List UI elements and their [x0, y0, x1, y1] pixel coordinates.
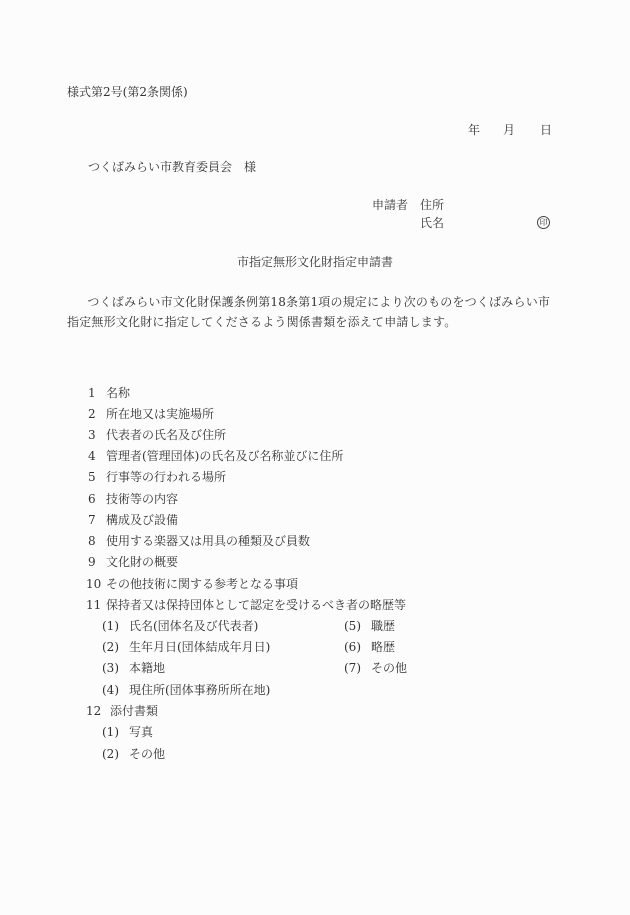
- list-item: 11保持者又は保持団体として認定を受けるべき者の略歴等: [86, 599, 406, 619]
- list-item: 5行事等の行われる場所: [88, 471, 226, 491]
- sub-item: (1)氏名(団体名及び代表者): [102, 620, 258, 632]
- list-item: 6技術等の内容: [88, 493, 178, 513]
- list-item: 12添付書類: [86, 705, 158, 725]
- applicant-name-label: 氏名: [420, 217, 444, 229]
- addressee-honorific: 様: [244, 160, 256, 174]
- list-item: 8使用する楽器又は用具の種類及び員数: [88, 535, 310, 555]
- list-item: 2所在地又は実施場所: [88, 408, 214, 428]
- list-item: 4管理者(管理団体)の氏名及び名称並びに住所: [88, 450, 343, 470]
- list-item: 1名称: [88, 387, 130, 407]
- seal-icon: 印: [537, 216, 550, 229]
- sub-item: (2)その他: [102, 748, 165, 760]
- sub-item: (7)その他: [344, 662, 407, 674]
- sub-item: (1)写真: [102, 726, 153, 738]
- applicant-label: 申請者: [372, 199, 408, 211]
- date-month-label: 月: [503, 124, 515, 136]
- sub-item: (2)生年月日(団体結成年月日): [102, 641, 270, 653]
- addressee: つくばみらい市教育委員会様: [88, 161, 256, 173]
- sub-item: (3)本籍地: [102, 662, 165, 674]
- addressee-name: つくばみらい市教育委員会: [88, 160, 232, 174]
- sub-item: (4)現住所(団体事務所所在地): [102, 684, 270, 696]
- document-title: 市指定無形文化財指定申請書: [237, 256, 393, 268]
- date-day-label: 日: [540, 124, 552, 136]
- sub-item: (5)職歴: [344, 620, 395, 632]
- list-item: 9文化財の概要: [88, 556, 178, 576]
- date-year-label: 年: [468, 124, 480, 136]
- list-item: 10その他技術に関する参考となる事項: [86, 578, 298, 598]
- applicant-address-label: 住所: [420, 199, 444, 211]
- application-statement: つくばみらい市文化財保護条例第18条第1項の規定により次のものをつくばみらい市指…: [67, 292, 557, 332]
- sub-item: (6)略歴: [344, 641, 395, 653]
- list-item: 3代表者の氏名及び住所: [88, 429, 226, 449]
- form-number-label: 様式第2号(第2条関係): [67, 86, 188, 98]
- list-item: 7構成及び設備: [88, 514, 178, 534]
